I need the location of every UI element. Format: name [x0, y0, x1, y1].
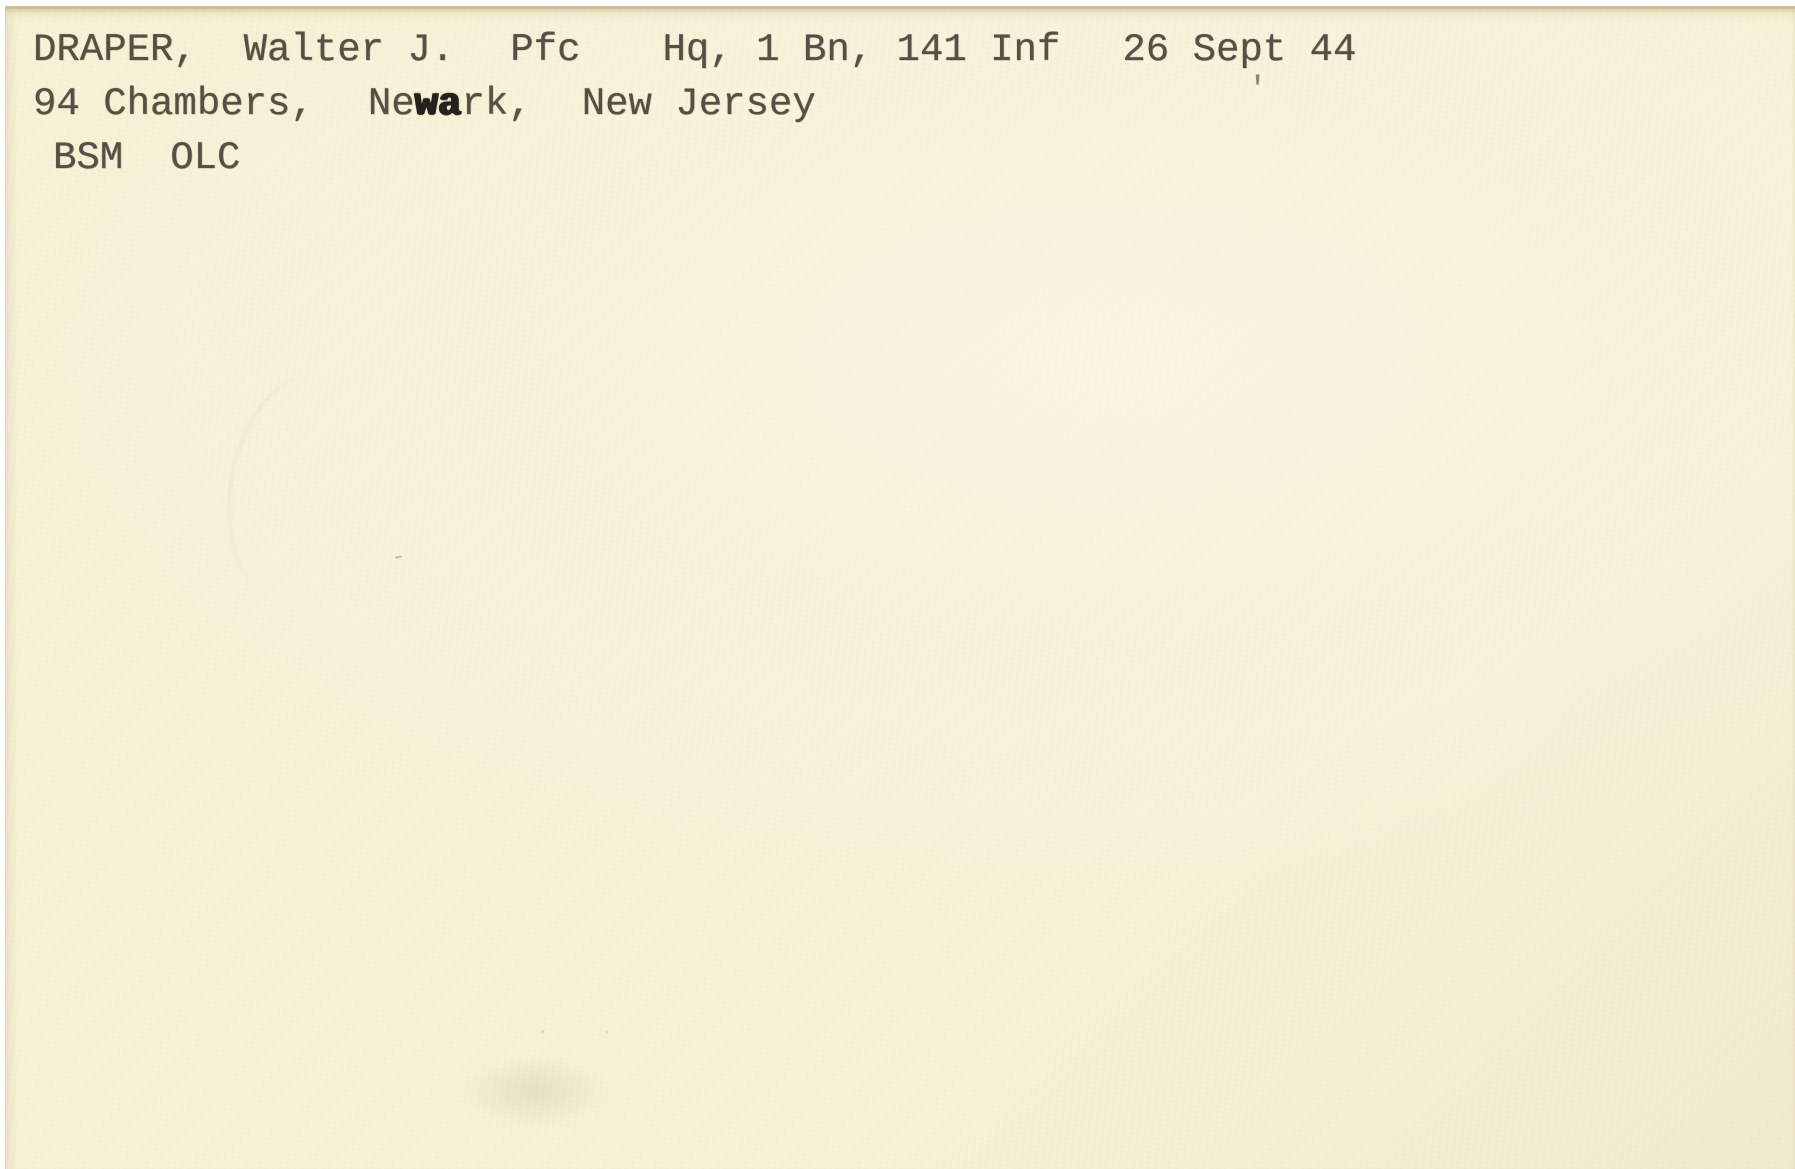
paper-speck: [395, 555, 402, 558]
index-card: DRAPER, Walter J.PfcHq, 1 Bn, 141 Inf26 …: [5, 6, 1795, 1169]
soldier-name-text: DRAPER, Walter J.: [33, 31, 454, 70]
city-text-after-correction: rk,: [461, 85, 531, 124]
paper-smudge-mark: [435, 1044, 635, 1139]
rank-text: Pfc: [510, 31, 580, 70]
paper-speck: [606, 1031, 608, 1033]
paper-speck: [541, 1030, 544, 1033]
stray-pencil-mark: ': [1248, 71, 1267, 108]
street-address-text: 94 Chambers,: [33, 85, 314, 124]
state-text: New Jersey: [582, 85, 816, 124]
award-olc-text: OLC: [170, 139, 240, 178]
city-text-before-correction: Ne: [368, 85, 415, 124]
unit-text: Hq, 1 Bn, 141 Inf: [663, 31, 1061, 70]
scan-background: DRAPER, Walter J.PfcHq, 1 Bn, 141 Inf26 …: [0, 0, 1795, 1169]
date-text: 26 Sept 44: [1122, 31, 1356, 70]
typed-line-address: 94 Chambers,Newark,New Jersey: [33, 85, 816, 124]
overstrike-correction-text: wa: [415, 85, 462, 124]
typed-line-name-rank-unit-date: DRAPER, Walter J.PfcHq, 1 Bn, 141 Inf26 …: [33, 31, 1356, 70]
paper-crease-mark: [210, 361, 413, 618]
award-bsm-text: BSM: [53, 139, 123, 178]
typed-line-awards: BSMOLC: [53, 139, 240, 178]
